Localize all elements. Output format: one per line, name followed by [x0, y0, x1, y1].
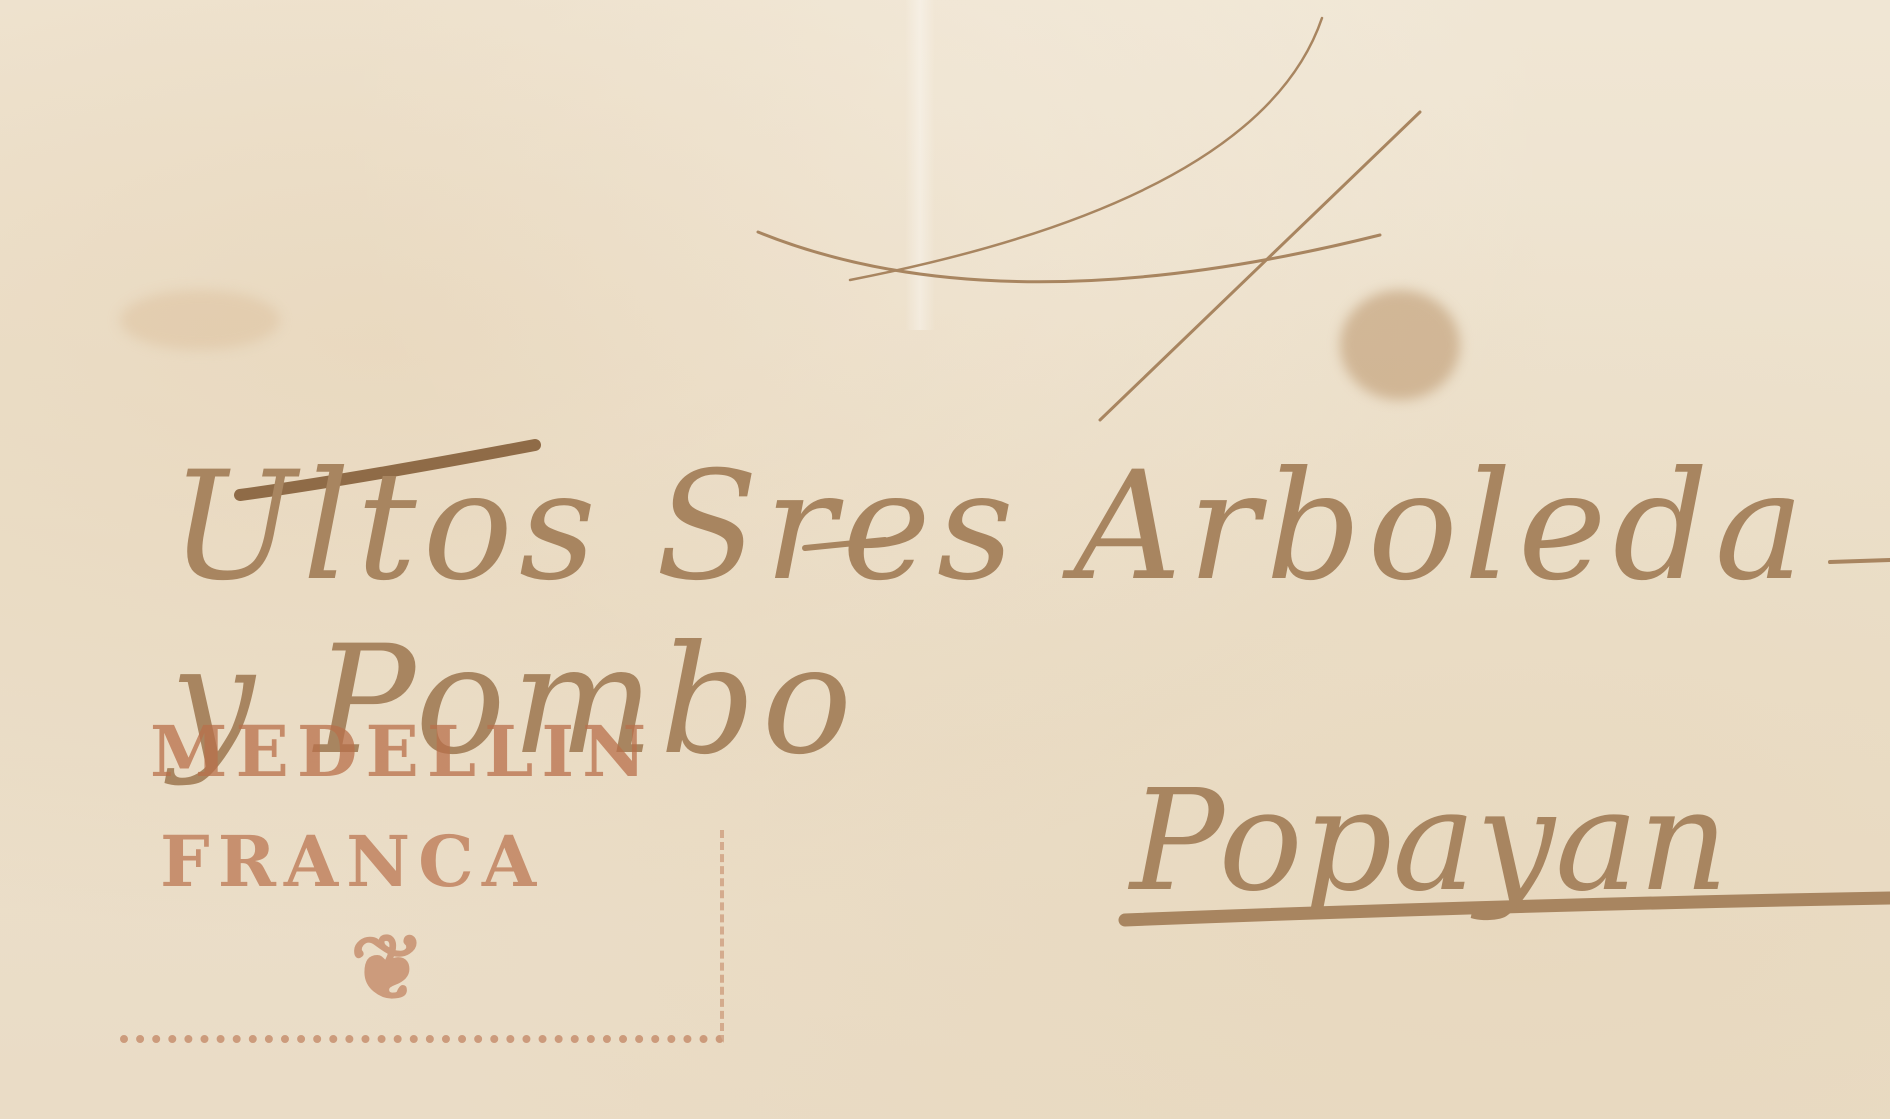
postmark-line-1: MEDELLIN: [150, 710, 654, 793]
postmark-line-2: FRANCA: [160, 820, 544, 903]
postmark-ornament-icon: ❦: [350, 915, 425, 1021]
address-line-2: Popayan: [1130, 760, 1729, 923]
postal-cover: Ultos Sres Arboleda y Pombo Popayan MEDE…: [0, 0, 1890, 1119]
medellin-franca-postmark: MEDELLIN FRANCA ❦: [110, 700, 730, 1045]
